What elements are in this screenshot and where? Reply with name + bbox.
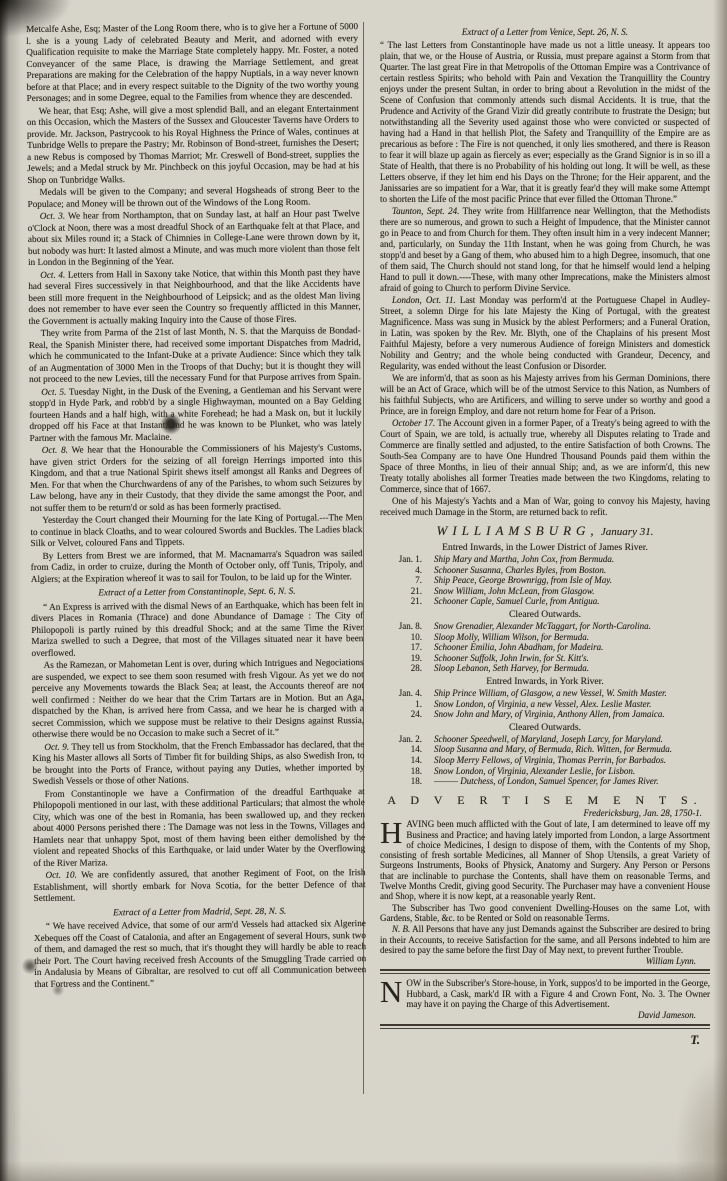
extract-heading: Extract of a Letter from Constantinople,… xyxy=(31,585,363,599)
paragraph-text: Last Monday was perform'd at the Portugu… xyxy=(380,295,710,371)
shipping-row: 7.Ship Peace, George Brownrigg, from Isl… xyxy=(380,575,710,586)
paragraph-text: They write from Parma of the 21st of las… xyxy=(29,325,361,384)
shipping-entry: Snow Grenadier, Alexander McTaggart, for… xyxy=(434,621,710,632)
dateline-lead: Oct. 3. xyxy=(40,211,66,221)
shipping-row: 28.Sloop Lebanon, Seth Harvey, for Bermu… xyxy=(380,663,710,674)
paragraph-text: From Constantinople we have a Confirmati… xyxy=(33,786,365,868)
williamsburg-date: January 31. xyxy=(601,526,654,538)
shipping-entry: Schooner Susanna, Charles Byles, from Bo… xyxy=(434,565,710,576)
paragraph-text: We hear that the Honourable the Commissi… xyxy=(30,442,362,512)
paragraph-text: By Letters from Brest we are informed, t… xyxy=(31,548,363,584)
paragraph-text: We hear from Northampton, that on Sunday… xyxy=(28,208,360,267)
paragraph-text: Medals will be given to the Company; and… xyxy=(28,184,360,208)
shipping-row: 14.Sloop Merry Fellows, of Virginia, Tho… xyxy=(380,755,710,766)
shipping-date: 21. xyxy=(380,596,434,607)
news-paragraph: As the Ramezan, or Mahometan Lent is ove… xyxy=(32,657,365,740)
williamsburg-city: WILLIAMSBURG, xyxy=(437,523,599,538)
paragraph-text: They tell us from Stockholm, that the Fr… xyxy=(32,739,364,786)
shipping-entry: Sloop Lebanon, Seth Harvey, for Bermuda. xyxy=(434,663,710,674)
shipping-row: 19.Schooner Suffolk, John Irwin, for St.… xyxy=(380,653,710,664)
news-paragraph: Oct. 10. We are confidently assured, tha… xyxy=(33,867,365,904)
section-rule xyxy=(380,1024,710,1029)
news-paragraph: “ We have received Advice, that some of … xyxy=(34,918,367,990)
news-paragraph: Oct. 9. They tell us from Stockholm, tha… xyxy=(32,739,364,788)
shipping-entry: Snow John and Mary, of Virginia, Anthony… xyxy=(434,709,710,720)
news-paragraph: “ The last Letters from Constantinople h… xyxy=(380,40,710,205)
paragraph-text: “ The last Letters from Constantinople h… xyxy=(380,40,710,204)
paragraph-text: Letters from Hall in Saxony take Notice,… xyxy=(28,267,360,326)
news-paragraph: Metcalfe Ashe, Esq; Master of the Long R… xyxy=(26,21,359,104)
news-paragraph: One of his Majesty's Yachts and a Man of… xyxy=(380,496,710,518)
shipping-row: Jan. 8.Snow Grenadier, Alexander McTagga… xyxy=(380,621,710,632)
shipping-entry: Ship Peace, George Brownrigg, from Isle … xyxy=(434,575,710,586)
shipping-news: Entred Inwards, in the Lower District of… xyxy=(380,542,710,787)
dropcap-letter: H xyxy=(380,819,406,845)
shipping-row: 21.Snow William, John McLean, from Glasg… xyxy=(380,586,710,597)
shipping-date: Jan. 8. xyxy=(380,621,434,632)
shipping-section-title: Cleared Outwards. xyxy=(380,609,710,620)
newspaper-page: Metcalfe Ashe, Esq; Master of the Long R… xyxy=(0,0,727,1181)
news-paragraph: “ An Express is arrived with the dismal … xyxy=(31,599,363,659)
extract-heading: Extract of a Letter from Venice, Sept. 2… xyxy=(380,27,710,38)
shipping-date: 14. xyxy=(380,744,434,755)
news-paragraph: October 17. The Account given in a forme… xyxy=(380,418,710,495)
shipping-entry: Schooner Suffolk, John Irwin, for St. Ki… xyxy=(434,653,710,664)
shipping-row: 21.Schooner Caple, Samuel Curle, from An… xyxy=(380,596,710,607)
williamsburg-heading: WILLIAMSBURG, January 31. xyxy=(380,525,710,538)
shipping-date: Jan. 2. xyxy=(380,734,434,745)
shipping-entry: Sloop Susanna and Mary, of Bermuda, Rich… xyxy=(434,744,710,755)
shipping-row: 1.Snow London, of Virginia, a new Vessel… xyxy=(380,699,710,710)
extract-heading: Extract of a Letter from Madrid, Sept. 2… xyxy=(34,905,366,919)
shipping-date: 18. xyxy=(380,766,434,777)
news-paragraph: Taunton, Sept. 24. They write from Hillf… xyxy=(380,206,710,294)
shipping-date: 7. xyxy=(380,575,434,586)
paragraph-text: As the Ramezan, or Mahometan Lent is ove… xyxy=(32,657,364,739)
shipping-date: 24. xyxy=(380,709,434,720)
paragraph-text: Yesterday the Court changed their Mourni… xyxy=(30,512,362,548)
dateline-lead: Oct. 8. xyxy=(42,445,68,455)
shipping-entry: Schooner Caple, Samuel Curle, from Antig… xyxy=(434,596,710,607)
shipping-row: Jan. 1.Ship Mary and Martha, John Cox, f… xyxy=(380,554,710,565)
shipping-date: Jan. 1. xyxy=(380,554,434,565)
shipping-row: 18.Snow London, of Virginia, Alexander L… xyxy=(380,766,710,777)
advertisement-dateline: Fredericksburg, Jan. 28, 1750-1. xyxy=(380,808,702,818)
advertiser-signature: David Jameson. xyxy=(380,1010,696,1020)
paragraph-text: The Account given in a former Paper, of … xyxy=(380,418,710,494)
dateline-lead: Oct. 4. xyxy=(40,269,65,279)
shipping-entry: ——— Dutchess, of London, Samuel Spencer,… xyxy=(434,776,710,787)
news-paragraph: Yesterday the Court changed their Mourni… xyxy=(30,512,362,549)
paragraph-text: Tuesday Night, in the Dusk of the Evenin… xyxy=(29,384,361,443)
news-paragraph: Oct. 4. Letters from Hall in Saxony take… xyxy=(28,267,360,327)
shipping-entry: Ship Prince William, of Glasgow, a new V… xyxy=(434,688,710,699)
news-paragraph: We hear, that Esq; Ashe, will give a mos… xyxy=(27,103,360,186)
dateline-lead: Oct. 9. xyxy=(44,741,69,751)
shipping-date: 19. xyxy=(380,653,434,664)
shipping-entry: Ship Mary and Martha, John Cox, from Ber… xyxy=(434,554,710,565)
shipping-row: 4.Schooner Susanna, Charles Byles, from … xyxy=(380,565,710,576)
advertisement-paragraph: NOW in the Subscriber's Store-house, in … xyxy=(380,978,710,1009)
shipping-row: Jan. 2.Schooner Speedwell, of Maryland, … xyxy=(380,734,710,745)
paragraph-text: AVING been much afflicted with the Gout … xyxy=(380,819,710,901)
paragraph-text: “ An Express is arrived with the dismal … xyxy=(31,599,363,658)
news-paragraph: From Constantinople we have a Confirmati… xyxy=(33,786,366,869)
advertisements-heading: A D V E R T I S E M E N T S. xyxy=(380,795,710,805)
right-column: Extract of a Letter from Venice, Sept. 2… xyxy=(380,24,710,1045)
shipping-date: 14. xyxy=(380,755,434,766)
shipping-row: 18.——— Dutchess, of London, Samuel Spenc… xyxy=(380,776,710,787)
shipping-entry: Snow London, of Virginia, a new Vessel, … xyxy=(434,699,710,710)
shipping-row: 24.Snow John and Mary, of Virginia, Anth… xyxy=(380,709,710,720)
news-paragraph: By Letters from Brest we are informed, t… xyxy=(31,548,363,585)
dateline-lead: Oct. 10. xyxy=(45,870,77,880)
shipping-section-title: Entred Inwards, in York River. xyxy=(380,676,710,687)
shipping-row: 17.Schooner Emilia, John Abadham, for Ma… xyxy=(380,642,710,653)
advertiser-signature: William Lynn. xyxy=(380,956,696,966)
section-rule xyxy=(380,969,710,974)
shipping-entry: Sloop Molly, William Wilson, for Bermuda… xyxy=(434,632,710,643)
advertisement-paragraph: HAVING been much afflicted with the Gout… xyxy=(380,819,710,901)
shipping-section-title: Cleared Outwards. xyxy=(380,722,710,733)
dropcap-letter: N xyxy=(380,978,406,1004)
shipping-entry: Sloop Merry Fellows, of Virginia, Thomas… xyxy=(434,755,710,766)
dateline-lead: October 17. xyxy=(392,418,435,428)
shipping-date: 21. xyxy=(380,586,434,597)
shipping-entry: Schooner Speedwell, of Maryland, Joseph … xyxy=(434,734,710,745)
paragraph-text: Metcalfe Ashe, Esq; Master of the Long R… xyxy=(26,21,359,103)
paragraph-text: They write from Hillfarrence near Wellin… xyxy=(380,206,710,293)
paragraph-text: We are inform'd, that as soon as his Maj… xyxy=(380,373,710,416)
news-paragraph: We are inform'd, that as soon as his Maj… xyxy=(380,373,710,417)
news-paragraph: Medals will be given to the Company; and… xyxy=(27,184,359,210)
paragraph-text: The Subscriber has Two good convenient D… xyxy=(380,903,710,923)
paragraph-text: OW in the Subscriber's Store-house, in Y… xyxy=(406,978,710,1009)
paragraph-text: We are confidently assured, that another… xyxy=(33,867,365,903)
shipping-date: 28. xyxy=(380,663,434,674)
left-column: Metcalfe Ashe, Esq; Master of the Long R… xyxy=(26,21,366,991)
news-paragraph: London, Oct. 11. Last Monday was perform… xyxy=(380,295,710,372)
shipping-date: 4. xyxy=(380,565,434,576)
nota-bene-lead: N. B. xyxy=(392,924,410,934)
paragraph-text: “ We have received Advice, that some of … xyxy=(34,918,366,988)
shipping-entry: Schooner Emilia, John Abadham, for Madei… xyxy=(434,642,710,653)
shipping-entry: Snow William, John McLean, from Glasgow. xyxy=(434,586,710,597)
paragraph-text: We hear, that Esq; Ashe, will give a mos… xyxy=(27,103,359,185)
advertisement-paragraph: The Subscriber has Two good convenient D… xyxy=(380,903,710,924)
news-paragraph: Oct. 8. We hear that the Honourable the … xyxy=(30,442,363,514)
shipping-section-title: Entred Inwards, in the Lower District of… xyxy=(380,542,710,553)
shipping-row: Jan. 4.Ship Prince William, of Glasgow, … xyxy=(380,688,710,699)
paragraph-text: One of his Majesty's Yachts and a Man of… xyxy=(380,496,710,517)
news-paragraph: Oct. 3. We hear from Northampton, that o… xyxy=(28,208,360,268)
shipping-row: 14.Sloop Susanna and Mary, of Bermuda, R… xyxy=(380,744,710,755)
news-paragraph: Oct. 5. Tuesday Night, in the Dusk of th… xyxy=(29,384,361,444)
paragraph-text: All Persons that have any just Demands a… xyxy=(380,924,710,955)
dateline-lead: Oct. 5. xyxy=(41,386,66,396)
shipping-date: 17. xyxy=(380,642,434,653)
shipping-date: Jan. 4. xyxy=(380,688,434,699)
shipping-date: 18. xyxy=(380,776,434,787)
shipping-date: 10. xyxy=(380,632,434,643)
shipping-row: 10.Sloop Molly, William Wilson, for Berm… xyxy=(380,632,710,643)
dateline-lead: Taunton, Sept. 24. xyxy=(392,206,459,216)
advertisement-paragraph: N. B. All Persons that have any just Dem… xyxy=(380,924,710,955)
dateline-lead: London, Oct. 11. xyxy=(392,295,456,305)
catchword-signature-mark: T. xyxy=(380,1035,700,1045)
shipping-entry: Snow London, of Virginia, Alexander Lesl… xyxy=(434,766,710,777)
shipping-date: 1. xyxy=(380,699,434,710)
news-paragraph: They write from Parma of the 21st of las… xyxy=(29,325,361,385)
advertisements-section: A D V E R T I S E M E N T S. Fredericksb… xyxy=(380,795,710,1045)
